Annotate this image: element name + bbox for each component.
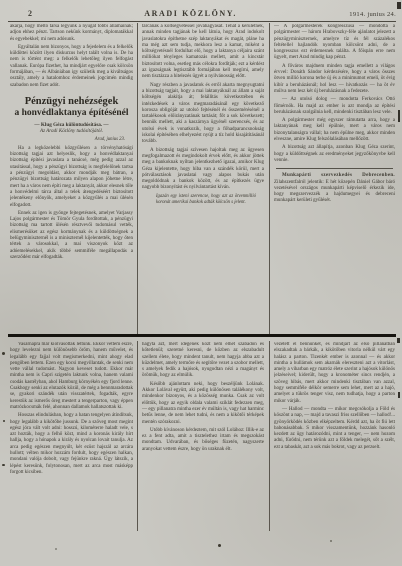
news-item-body: Zilahszentfalról jelentik: E hét közepén… (274, 180, 395, 204)
article-byline: — Klug Géza különtudósítása. — (10, 122, 133, 128)
column-1: akarja, hogy méltó társa legyünk a nyuga… (10, 24, 133, 334)
news-item: A polgármester még egyszer rámutatta arr… (274, 118, 395, 143)
column-2: tárcának a költségvetéssel jóváhagyását.… (142, 24, 264, 334)
body-paragraph: Nagy részben a javaslatok és erről akart… (142, 83, 264, 146)
issue-date: 1914. junius 24. (349, 11, 396, 18)
news-item: — A polgármesterek kongresszusa — mondot… (274, 24, 395, 62)
article-credit: Az Aradi Közlöny tudósítójától. (10, 129, 133, 135)
column-3: — A polgármesterek kongresszusa — mondot… (274, 24, 395, 334)
article-paragraph: Ha a legközelebbi közgyűlésen a törvényh… (10, 146, 133, 209)
feuilleton-paragraph: — Hallod — mondta — mikor megcsókolja a … (274, 407, 395, 451)
news-item: A bizottság azt állapítja, azonban Klug … (274, 145, 395, 164)
scan-edge-mark (398, 392, 400, 398)
item-separator-rule (276, 168, 393, 169)
headline-line-1: Pénzügyi nehézségek (10, 96, 133, 108)
column-divider (137, 341, 138, 531)
news-item: Munkapárti szervezkedés Debrecenben. Zil… (274, 173, 395, 204)
body-paragraph: Egyáltalán nem bizonyos, hogy a fejedele… (10, 45, 133, 89)
article-headline: Pénzügyi nehézségek a honvédlaktanya épí… (10, 96, 133, 119)
scan-speck (55, 548, 57, 550)
feuilleton-paragraph: vezetett el bennünket, és mindjárt az el… (274, 342, 395, 405)
feuilleton-column-2: hagyta azt, mert idegenek közt nem élhet… (142, 342, 264, 531)
news-item: — Az utolsó dolog — mondotta Ferkovács O… (274, 97, 395, 116)
masthead-title: ARADI KÖZLÖNY. (144, 9, 237, 18)
header-rule (8, 21, 396, 22)
scan-speck (3, 420, 5, 422)
column-divider (269, 23, 270, 335)
scan-edge-mark (398, 110, 400, 122)
scan-edge-mark (397, 2, 401, 9)
article-dateline: Arad, junius 23. (10, 137, 125, 143)
feuilleton-paragraph: Utóbb kívánoson kérdeztem, mit szól Lolá… (142, 428, 264, 453)
article-paragraph: Ennek az igen is gyönge fejtegetésnek, a… (10, 211, 133, 261)
news-item: A főváros majdnem minden tagja emellett … (274, 64, 395, 95)
headline-line-2: a honvédlaktanya építésénél (10, 108, 133, 119)
indented-quote: Igazán egy isteni szerencse, hogy azt az… (156, 194, 256, 206)
feuilleton-paragraph: Később ajánlottam neki, hogy beszéljünk … (142, 382, 264, 426)
scan-speck (2, 464, 5, 466)
news-item-lead: Munkapárti szervezkedés Debrecenben. (282, 173, 395, 178)
column-divider (269, 341, 270, 531)
column-divider (137, 23, 138, 335)
feuilleton-column-1: Vasárnapra már kiolvasottak lettünk. Ekk… (10, 342, 133, 531)
section-thick-rule (8, 334, 396, 337)
newspaper-page-scan: 2 ARADI KÖZLÖNY. 1914. junius 24. akarja… (0, 0, 402, 566)
feuilleton-column-3: vezetett el bennünket, és mindjárt az el… (274, 342, 395, 531)
body-paragraph: A bizottság tagjai szívesen hajoltak meg… (142, 148, 264, 192)
page-header: 2 ARADI KÖZLÖNY. 1914. junius 24. (8, 9, 396, 21)
scan-speck (218, 544, 221, 547)
scan-speck (330, 540, 332, 542)
page-number: 2 (8, 9, 32, 18)
scan-speck (2, 352, 5, 355)
body-paragraph: akarja, hogy méltó társa legyünk a nyuga… (10, 24, 133, 43)
body-paragraph: tárcának a költségvetéssel jóváhagyását.… (142, 24, 264, 81)
scan-edge-mark (397, 338, 400, 343)
feuilleton-paragraph: hagyta azt, mert idegenek közt nem élhet… (142, 342, 264, 380)
feuilleton-paragraph: Hosszas elindulásban, hogy a hatan tenge… (10, 413, 133, 476)
feuilleton-paragraph: Vasárnapra már kiolvasottak lettünk. Ekk… (10, 342, 133, 411)
